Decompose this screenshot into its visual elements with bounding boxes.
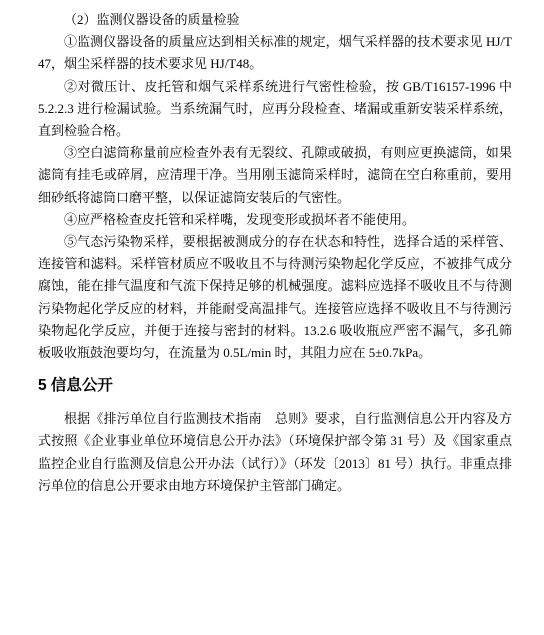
section-quality-title: （2）监测仪器设备的质量检验 xyxy=(38,9,512,31)
section-info-heading: 5 信息公开 xyxy=(38,376,512,396)
info-disclosure-paragraph: 根据《排污单位自行监测技术指南 总则》要求，自行监测信息公开内容及方式按照《企业… xyxy=(38,408,512,497)
quality-item-1: ①监测仪器设备的质量应达到相关标准的规定，烟气采样器的技术要求见 HJ/T47，… xyxy=(38,31,512,75)
quality-item-5: ⑤气态污染物采样，要根据被测成分的存在状态和特性，选择合适的采样管、连接管和滤料… xyxy=(38,231,512,364)
quality-item-4: ④应严格检查皮托管和采样嘴，发现变形或损坏者不能使用。 xyxy=(38,209,512,231)
quality-item-2: ②对微压计、皮托管和烟气采样系统进行气密性检验，按 GB/T16157-1996… xyxy=(38,76,512,143)
document-page: （2）监测仪器设备的质量检验 ①监测仪器设备的质量应达到相关标准的规定，烟气采样… xyxy=(0,0,544,635)
quality-item-3: ③空白滤筒称量前应检查外表有无裂纹、孔隙或破损，有则应更换滤筒，如果滤筒有挂毛或… xyxy=(38,142,512,209)
